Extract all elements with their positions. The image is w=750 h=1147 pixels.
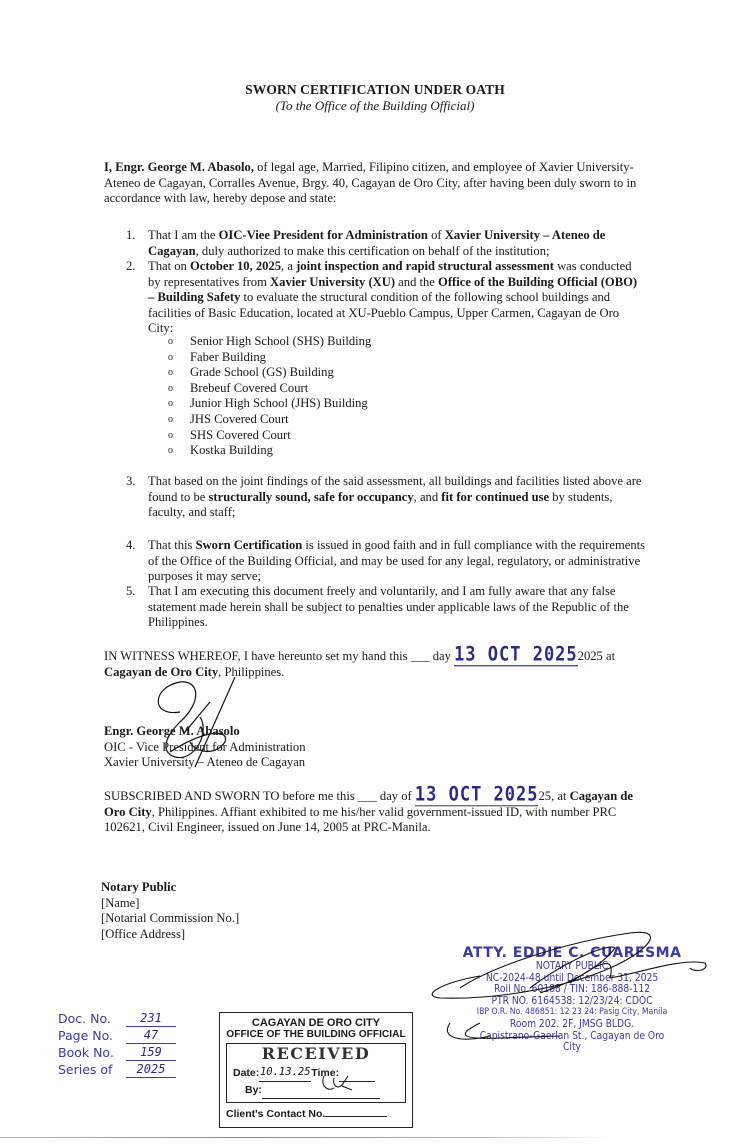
statement-1: 1. That I am the OIC-Viee President for …: [126, 228, 646, 259]
notary-stamp-line: IBP O.R. No. 486851: 12 23 24: Pasig Cit…: [473, 1007, 671, 1019]
text: That this: [148, 538, 196, 552]
witness-text: IN WITNESS WHEREOF, I have hereunto set …: [104, 649, 454, 663]
by-value: [262, 1086, 380, 1099]
notarial-register-numbers: Doc. No.231 Page No.47 Book No.159 Serie…: [58, 1010, 176, 1078]
date-stamp: 13 OCT 2025: [454, 647, 578, 666]
book-no-row: Book No.159: [58, 1044, 176, 1061]
stamp-contact-line: Client's Contact No.: [220, 1106, 412, 1120]
page-no-row: Page No.47: [58, 1027, 176, 1044]
book-no-label: Book No.: [58, 1045, 126, 1061]
notary-stamp-line: Roll No. 60188 / TIN: 186-888-112: [473, 984, 671, 996]
statement-text: That based on the joint findings of the …: [148, 474, 646, 521]
signatory-institution: Xavier University – Ateneo de Cagayan: [104, 755, 305, 769]
building-item: Junior High School (JHS) Building: [168, 396, 371, 412]
date-label: Date:: [233, 1067, 259, 1079]
doc-no-row: Doc. No.231: [58, 1010, 176, 1027]
bold-text: structurally sound, safe for occupancy: [209, 490, 414, 504]
obo-received-stamp: CAGAYAN DE ORO CITY OFFICE OF THE BUILDI…: [219, 1012, 413, 1128]
intro-paragraph: I, Engr. George M. Abasolo, of legal age…: [104, 160, 644, 207]
statement-number: 1.: [126, 228, 135, 244]
affiant-name: I, Engr. George M. Abasolo,: [104, 160, 254, 174]
contact-value: [325, 1106, 387, 1117]
notary-stamp-name: ATTY. EDDIE C. CUARESMA: [462, 945, 682, 961]
jurat-clause: SUBSCRIBED AND SWORN TO before me this _…: [104, 788, 644, 836]
bold-text: October 10, 2025: [190, 259, 281, 273]
building-item: Brebeuf Covered Court: [168, 381, 371, 397]
date-stamp: 13 OCT 2025: [415, 787, 539, 806]
statement-3: 3. That based on the joint findings of t…: [126, 474, 646, 521]
stamp-city: CAGAYAN DE ORO CITY: [220, 1017, 412, 1029]
bold-text: fit for continued use: [441, 490, 549, 504]
statement-number: 5.: [126, 584, 135, 600]
bold-text: Sworn Certification: [196, 538, 303, 552]
notary-stamp-title: NOTARY PUBLIC: [473, 961, 671, 973]
witness-place-rest: , Philippines.: [218, 665, 284, 679]
statement-text: That I am executing this document freely…: [148, 584, 646, 631]
building-item: Kostka Building: [168, 443, 371, 459]
jurat-text-after: , Philippines. Affiant exhibited to me h…: [104, 805, 616, 835]
notary-heading: Notary Public: [101, 880, 176, 894]
time-label: Time:: [311, 1067, 339, 1079]
series-row: Series of2025: [58, 1061, 176, 1078]
statement-2: 2. That on October 10, 2025, a joint ins…: [126, 259, 646, 337]
text: That on: [148, 259, 190, 273]
time-value: [339, 1069, 375, 1082]
statement-4: 4. That this Sworn Certification is issu…: [126, 538, 646, 585]
text: and the: [395, 275, 438, 289]
notary-commission-placeholder: [Notarial Commission No.]: [101, 911, 239, 925]
date-value: 10.13.25: [259, 1064, 311, 1082]
document-subtitle: (To the Office of the Building Official): [0, 98, 750, 114]
buildings-list: Senior High School (SHS) Building Faber …: [168, 334, 371, 459]
statement-number: 4.: [126, 538, 135, 554]
document-title: SWORN CERTIFICATION UNDER OATH: [0, 82, 750, 98]
notary-stamp-line: PTR NO. 6164538: 12/23/24: CDOC: [473, 996, 671, 1008]
notary-stamp-line: NC-2024-48 until December 31, 2025: [473, 973, 671, 985]
jurat-text: SUBSCRIBED AND SWORN TO before me this _…: [104, 789, 415, 803]
signatory-block: Engr. George M. Abasolo OIC - Vice Presi…: [104, 724, 306, 771]
series-value: 2025: [126, 1061, 176, 1078]
building-item: Grade School (GS) Building: [168, 365, 371, 381]
notary-stamp-line: Capistrano-Gaerlan St., Cagayan de Oro C…: [473, 1031, 671, 1054]
text: , a: [281, 259, 296, 273]
notary-block: Notary Public [Name] [Notarial Commissio…: [101, 880, 239, 942]
bold-text: joint inspection and rapid structural as…: [296, 259, 554, 273]
series-label: Series of: [58, 1062, 126, 1078]
stamp-inner-box: RECEIVED Date:10.13.25Time: By:: [226, 1043, 406, 1103]
building-item: SHS Covered Court: [168, 428, 371, 444]
stamp-status: RECEIVED: [227, 1044, 405, 1064]
signatory-name: Engr. George M. Abasolo: [104, 724, 240, 738]
bold-text: Xavier University (XU): [270, 275, 395, 289]
doc-no-value: 231: [126, 1010, 176, 1027]
statement-5: 5. That I am executing this document fre…: [126, 584, 646, 631]
witness-year: 2025 at: [578, 649, 615, 663]
text: That I am the: [148, 228, 219, 242]
book-no-value: 159: [126, 1044, 176, 1061]
notary-name-placeholder: [Name]: [101, 896, 139, 910]
text: That I am executing this document freely…: [148, 584, 629, 629]
contact-label: Client's Contact No.: [226, 1108, 325, 1120]
bold-text: OIC-Viee President for Administration: [219, 228, 428, 242]
statement-text: That this Sworn Certification is issued …: [148, 538, 646, 585]
by-label: By:: [245, 1084, 262, 1096]
signatory-position: OIC - Vice President for Administration: [104, 740, 306, 754]
stamp-date-line: Date:10.13.25Time:: [227, 1064, 405, 1082]
stamp-by-line: By:: [227, 1082, 405, 1099]
text: of: [428, 228, 445, 242]
text: , duly authorized to make this certifica…: [196, 244, 550, 258]
jurat-text-mid: 25, at: [538, 789, 569, 803]
text: , and: [414, 490, 442, 504]
statement-number: 3.: [126, 474, 135, 490]
building-item: JHS Covered Court: [168, 412, 371, 428]
notary-stamp-line: Room 202. 2F, JMSG BLDG.: [473, 1019, 671, 1031]
statement-text: That I am the OIC-Viee President for Adm…: [148, 228, 646, 259]
witness-clause: IN WITNESS WHEREOF, I have hereunto set …: [104, 648, 644, 680]
stamp-office: OFFICE OF THE BUILDING OFFICIAL: [220, 1029, 412, 1041]
notary-address-placeholder: [Office Address]: [101, 927, 185, 941]
statement-number: 2.: [126, 259, 135, 275]
page-no-value: 47: [126, 1027, 176, 1044]
building-item: Faber Building: [168, 350, 371, 366]
doc-no-label: Doc. No.: [58, 1011, 126, 1027]
page-no-label: Page No.: [58, 1028, 126, 1044]
notary-stamp: ATTY. EDDIE C. CUARESMA NOTARY PUBLIC NC…: [462, 945, 682, 1054]
statement-text: That on October 10, 2025, a joint inspec…: [148, 259, 646, 337]
page-bottom-edge: [0, 1137, 610, 1138]
witness-place: Cagayan de Oro City: [104, 665, 218, 679]
building-item: Senior High School (SHS) Building: [168, 334, 371, 350]
